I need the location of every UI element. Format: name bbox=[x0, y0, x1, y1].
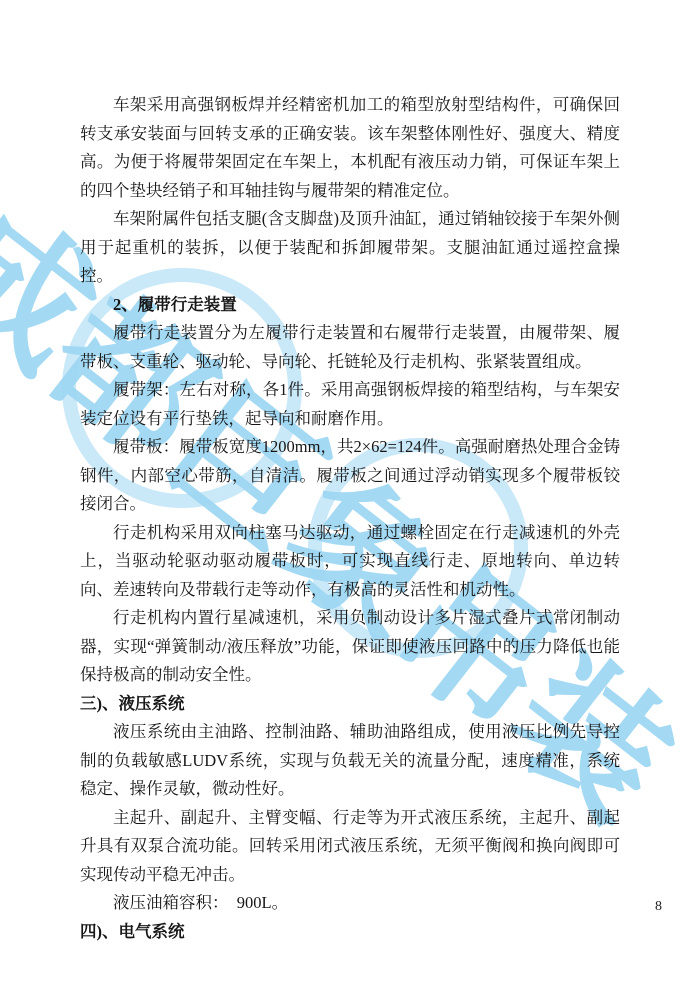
paragraph: 行走机构采用双向柱塞马达驱动，通过螺栓固定在行走减速机的外壳上，当驱动轮驱动驱动… bbox=[80, 519, 620, 605]
page-number: 8 bbox=[655, 899, 662, 915]
paragraph: 车架采用高强钢板焊并经精密机加工的箱型放射型结构件，可确保回转支承安装面与回转支… bbox=[80, 91, 620, 205]
paragraph: 主起升、副起升、主臂变幅、行走等为开式液压系统，主起升、副起升具有双泵合流功能。… bbox=[80, 804, 620, 890]
document-page: 成都巨象吊装 车架采用高强钢板焊并经精密机加工的箱型放射型结构件，可确保回转支承… bbox=[0, 0, 700, 989]
paragraph: 履带行走装置分为左履带行走装置和右履带行走装置，由履带架、履带板、支重轮、驱动轮… bbox=[80, 319, 620, 376]
paragraph: 液压系统由主油路、控制油路、辅助油路组成，使用液压比例先导控制的负载敏感LUDV… bbox=[80, 718, 620, 804]
paragraph: 液压油箱容积： 900L。 bbox=[80, 889, 620, 918]
paragraph: 车架附属件包括支腿(含支脚盘)及顶升油缸，通过销轴铰接于车架外侧用于起重机的装拆… bbox=[80, 205, 620, 291]
paragraph: 行走机构内置行星减速机，采用负制动设计多片湿式叠片式常闭制动器，实现“弹簧制动/… bbox=[80, 604, 620, 690]
section-heading: 四)、电气系统 bbox=[80, 918, 620, 947]
paragraph: 履带板：履带板宽度1200mm，共2×62=124件。高强耐磨热处理合金铸钢件，… bbox=[80, 433, 620, 519]
document-body: 车架采用高强钢板焊并经精密机加工的箱型放射型结构件，可确保回转支承安装面与回转支… bbox=[80, 91, 620, 946]
section-heading: 2、履带行走装置 bbox=[80, 291, 620, 320]
section-heading: 三)、液压系统 bbox=[80, 690, 620, 719]
paragraph: 履带架：左右对称，各1件。采用高强钢板焊接的箱型结构，与车架安装定位设有平行垫铁… bbox=[80, 376, 620, 433]
